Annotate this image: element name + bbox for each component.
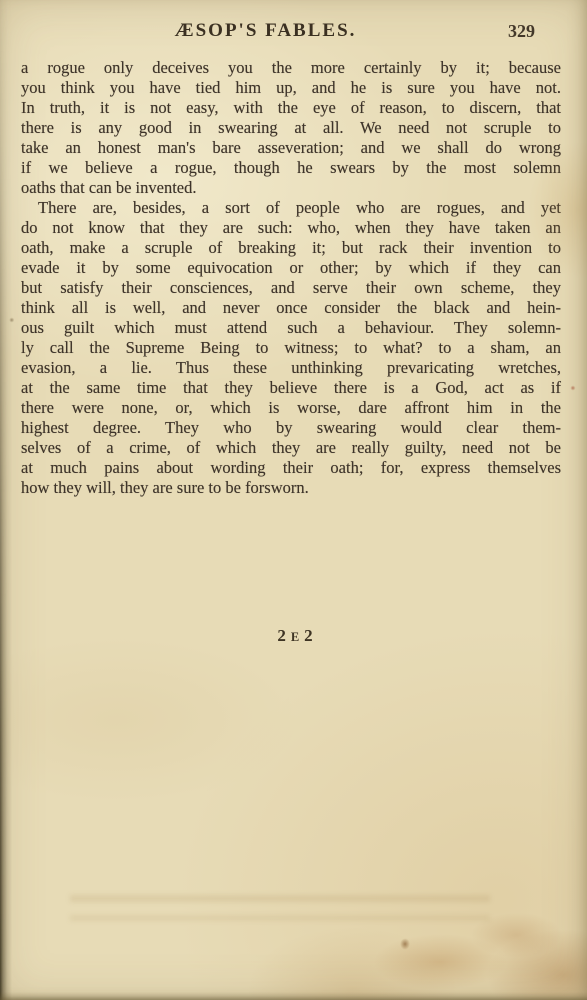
book-page-scan: ÆSOP'S FABLES. 329 a rogue only deceives… <box>0 0 587 1000</box>
paper-stains <box>0 0 587 1000</box>
page-gutter-shadow <box>0 0 12 1000</box>
page-bottom-edge-shadow <box>0 992 587 1000</box>
